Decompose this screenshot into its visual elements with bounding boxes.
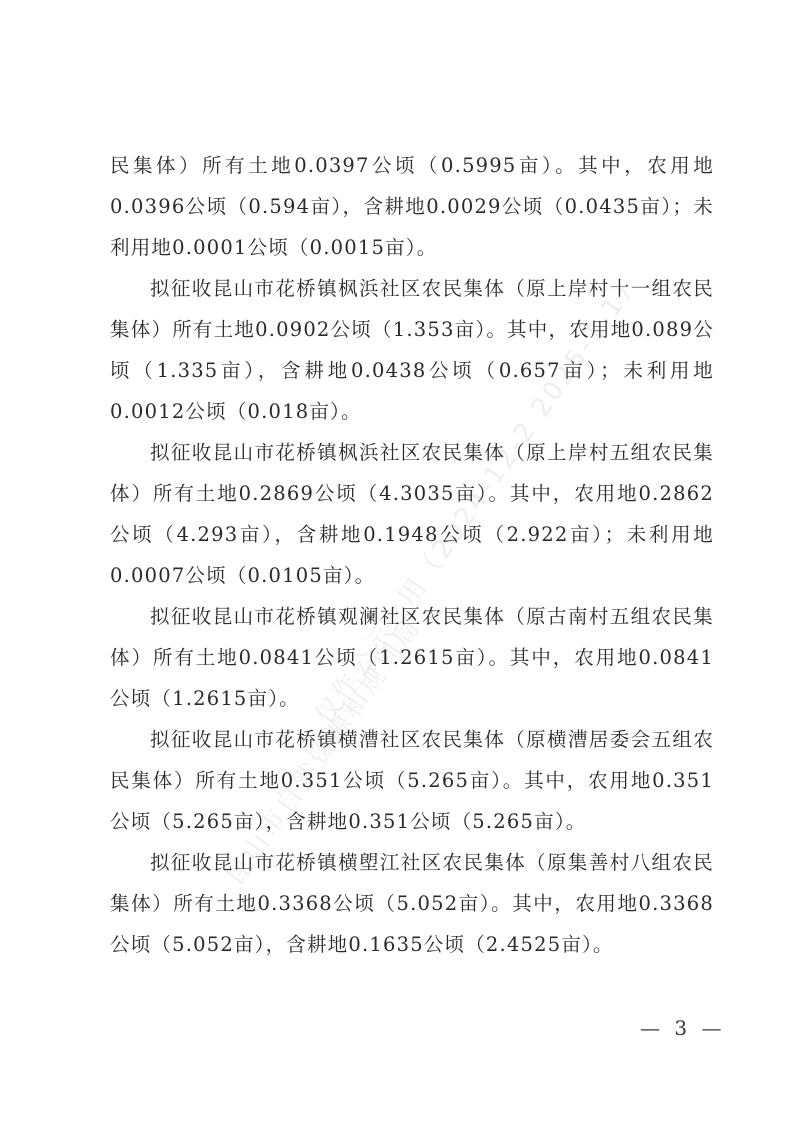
paragraph: 拟征收昆山市花桥镇观澜社区农民集体（原古南村五组农民集体）所有土地0.0841公… bbox=[110, 596, 714, 719]
paragraph: 拟征收昆山市花桥镇枫浜社区农民集体（原上岸村十一组农民集体）所有土地0.0902… bbox=[110, 268, 714, 432]
paragraph: 拟征收昆山市花桥镇横漕社区农民集体（原横漕居委会五组农民集体）所有土地0.351… bbox=[110, 719, 714, 842]
paragraph: 拟征收昆山市花桥镇枫浜社区农民集体（原上岸村五组农民集体）所有土地0.2869公… bbox=[110, 432, 714, 596]
document-page: 昆山市自然资源和规划局 仅作公示之用（2024-12-2 2025-1-1） 民… bbox=[0, 0, 800, 1131]
document-body: 民集体）所有土地0.0397公顷（0.5995亩）。其中，农用地0.0396公顷… bbox=[110, 145, 714, 965]
paragraph: 民集体）所有土地0.0397公顷（0.5995亩）。其中，农用地0.0396公顷… bbox=[110, 145, 714, 268]
paragraph: 拟征收昆山市花桥镇横塱江社区农民集体（原集善村八组农民集体）所有土地0.3368… bbox=[110, 842, 714, 965]
page-number: — 3 — bbox=[640, 1016, 725, 1040]
